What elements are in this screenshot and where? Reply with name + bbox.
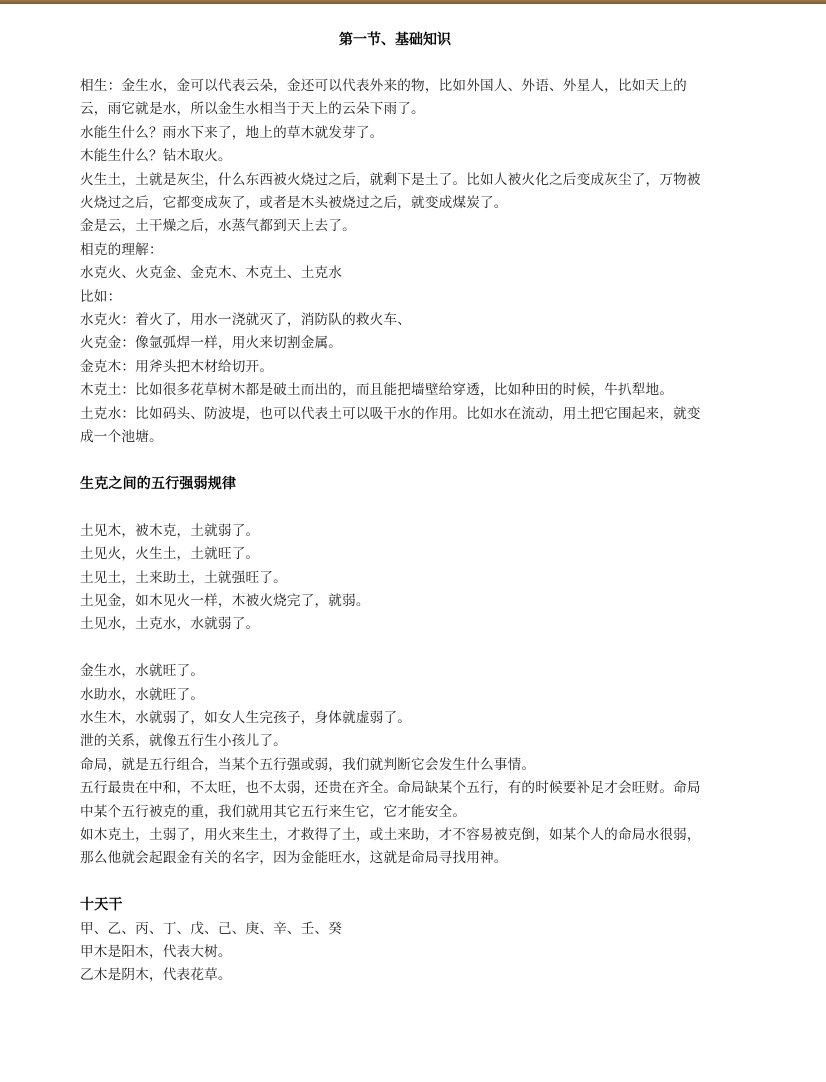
paragraph: 金克木：用斧头把木材给切开。 [80,356,710,379]
paragraph: 金是云，土干燥之后，水蒸气都到天上去了。 [80,215,710,238]
paragraph: 水助水，水就旺了。 [80,684,710,707]
paragraph: 火克金：像氩弧焊一样，用火来切割金属。 [80,332,710,355]
paragraph: 五行最贵在中和，不太旺，也不太弱，还贵在齐全。命局缺某个五行，有的时候要补足才会… [80,777,710,824]
paragraph: 比如： [80,286,710,309]
paragraph: 命局，就是五行组合，当某个五行强或弱，我们就判断它会发生什么事情。 [80,754,710,777]
paragraph: 金生水，水就旺了。 [80,660,710,683]
top-border [0,0,826,4]
paragraph: 水生木，水就弱了，如女人生完孩子，身体就虚弱了。 [80,707,710,730]
paragraph: 土克水：比如码头、防波堤，也可以代表土可以吸干水的作用。比如水在流动，用土把它围… [80,403,710,450]
paragraph: 土见水，土克水，水就弱了。 [80,613,710,636]
paragraph: 水克火：着火了，用水一浇就灭了，消防队的救火车、 [80,309,710,332]
document-body: 相生：金生水，金可以代表云朵，金还可以代表外来的物，比如外国人、外语、外星人，比… [80,75,710,988]
paragraph: 木能生什么？钻木取火。 [80,145,710,168]
paragraph: 泄的关系，就像五行生小孩儿了。 [80,730,710,753]
paragraph-xiangke-label: 相克的理解： [80,239,710,262]
spacer [80,637,710,660]
page-title: 第一节、基础知识 [80,30,710,50]
paragraph: 如木克土，土弱了，用火来生土，才救得了土，或土来助，才不容易被克倒，如某个人的命… [80,824,710,871]
paragraph: 水克火、火克金、金克木、木克土、土克水 [80,262,710,285]
paragraph: 乙木是阴木，代表花草。 [80,964,710,987]
paragraph: 甲木是阳木，代表大树。 [80,941,710,964]
paragraph: 土见木，被木克，土就弱了。 [80,520,710,543]
paragraph: 土见土，土来助土，土就强旺了。 [80,567,710,590]
paragraph-xiangsheng: 相生：金生水，金可以代表云朵，金还可以代表外来的物，比如外国人、外语、外星人，比… [80,75,710,122]
spacer [80,496,710,519]
paragraph: 火生土，土就是灰尘，什么东西被火烧过之后，就剩下是土了。比如人被火化之后变成灰尘… [80,169,710,216]
paragraph: 土见火，火生土，土就旺了。 [80,543,710,566]
paragraph: 土见金，如木见火一样，木被火烧完了，就弱。 [80,590,710,613]
section-heading: 十天干 [80,894,710,917]
paragraph: 甲、乙、丙、丁、戊、己、庚、辛、壬、癸 [80,918,710,941]
spacer [80,871,710,894]
paragraph: 水能生什么？雨水下来了，地上的草木就发芽了。 [80,122,710,145]
spacer [80,450,710,473]
section-heading: 生克之间的五行强弱规律 [80,473,710,496]
paragraph: 木克土：比如很多花草树木都是破土而出的，而且能把墙壁给穿透，比如种田的时候，牛扒… [80,379,710,402]
